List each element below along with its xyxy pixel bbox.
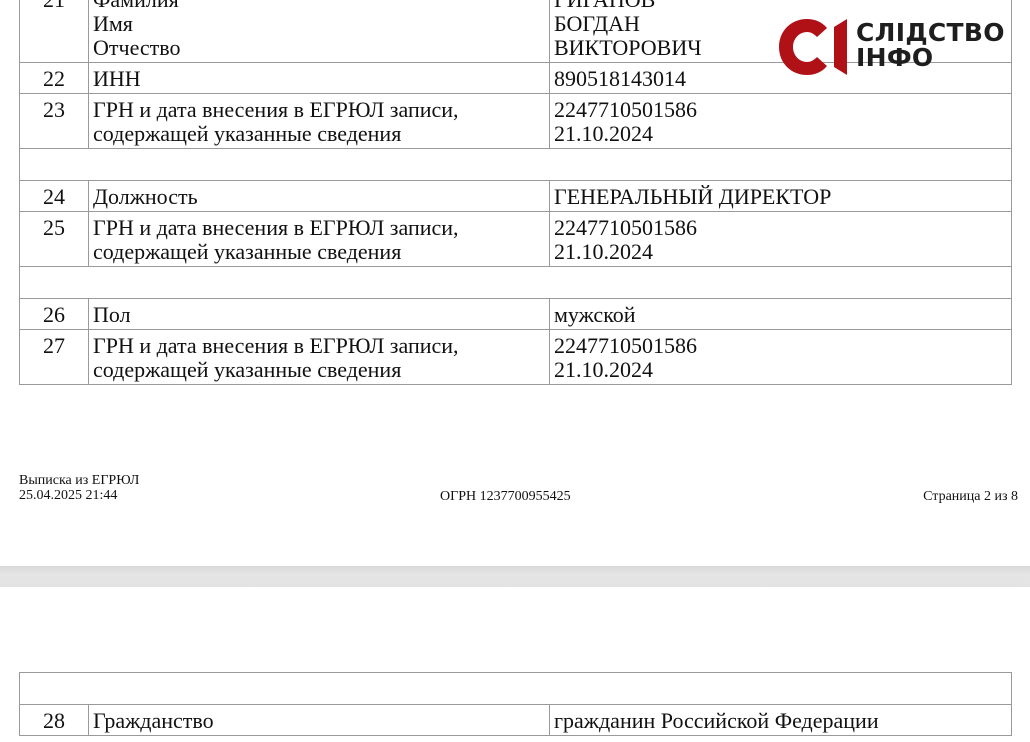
label-line: содержащей указанные сведения bbox=[93, 358, 545, 382]
label-line: содержащей указанные сведения bbox=[93, 240, 545, 264]
value-line: гражданин Российской Федерации bbox=[554, 709, 1007, 733]
value-line: 2247710501586 bbox=[554, 216, 1007, 240]
label-line: Имя bbox=[93, 12, 545, 36]
label-line: содержащей указанные сведения bbox=[93, 122, 545, 146]
page-separator bbox=[0, 566, 1030, 587]
row-number: 25 bbox=[20, 212, 89, 267]
label-line: Фамилия bbox=[93, 0, 545, 12]
table-row: 28Гражданствогражданин Российской Федера… bbox=[20, 705, 1012, 736]
table-row: 26Полмужской bbox=[20, 299, 1012, 330]
label-line: Отчество bbox=[93, 36, 545, 60]
row-number: 23 bbox=[20, 94, 89, 149]
sledstvo-info-watermark: СЛІДСТВО ІНФО bbox=[778, 18, 1008, 76]
row-value: мужской bbox=[550, 299, 1012, 330]
value-line: 21.10.2024 bbox=[554, 122, 1007, 146]
label-line: Гражданство bbox=[93, 709, 545, 733]
row-value: ГЕНЕРАЛЬНЫЙ ДИРЕКТОР bbox=[550, 181, 1012, 212]
pdf-page-3: 28Гражданствогражданин Российской Федера… bbox=[0, 587, 1030, 742]
watermark-line-2: ІНФО bbox=[856, 45, 1005, 70]
section-spacer-row bbox=[20, 267, 1012, 299]
spacer-cell bbox=[20, 149, 1012, 181]
footer-ogrn: ОГРН 1237700955425 bbox=[440, 489, 571, 504]
row-label: Гражданство bbox=[89, 705, 550, 736]
row-label: ФамилияИмяОтчество bbox=[89, 0, 550, 63]
row-value: гражданин Российской Федерации bbox=[550, 705, 1012, 736]
row-number: 24 bbox=[20, 181, 89, 212]
table-row: 23ГРН и дата внесения в ЕГРЮЛ записи,сод… bbox=[20, 94, 1012, 149]
spacer-cell bbox=[20, 673, 1012, 705]
table-row: 25ГРН и дата внесения в ЕГРЮЛ записи,сод… bbox=[20, 212, 1012, 267]
value-line: 2247710501586 bbox=[554, 98, 1007, 122]
row-label: ИНН bbox=[89, 63, 550, 94]
label-line: ГРН и дата внесения в ЕГРЮЛ записи, bbox=[93, 98, 545, 122]
value-line: ГЕНЕРАЛЬНЫЙ ДИРЕКТОР bbox=[554, 185, 1007, 209]
value-line: мужской bbox=[554, 303, 1007, 327]
page-footer-left: Выписка из ЕГРЮЛ 25.04.2025 21:44 bbox=[19, 473, 139, 503]
sledstvo-info-logo-icon bbox=[778, 18, 850, 76]
pdf-viewer: 21ФамилияИмяОтчествоГИГАНОВБОГДАНВИКТОРО… bbox=[0, 0, 1030, 742]
pdf-page-2: 21ФамилияИмяОтчествоГИГАНОВБОГДАНВИКТОРО… bbox=[0, 0, 1030, 566]
row-number: 28 bbox=[20, 705, 89, 736]
label-line: ГРН и дата внесения в ЕГРЮЛ записи, bbox=[93, 334, 545, 358]
table-row: 27ГРН и дата внесения в ЕГРЮЛ записи,сод… bbox=[20, 330, 1012, 385]
spacer-cell bbox=[20, 267, 1012, 299]
row-label: Должность bbox=[89, 181, 550, 212]
row-value: 224771050158621.10.2024 bbox=[550, 94, 1012, 149]
label-line: Пол bbox=[93, 303, 545, 327]
footer-timestamp: 25.04.2025 21:44 bbox=[19, 488, 139, 503]
value-line: 21.10.2024 bbox=[554, 240, 1007, 264]
footer-page-number: Страница 2 из 8 bbox=[923, 489, 1018, 504]
watermark-text: СЛІДСТВО ІНФО bbox=[856, 20, 1005, 70]
row-value: 224771050158621.10.2024 bbox=[550, 212, 1012, 267]
footer-doc-type: Выписка из ЕГРЮЛ bbox=[19, 473, 139, 488]
table-row: 24ДолжностьГЕНЕРАЛЬНЫЙ ДИРЕКТОР bbox=[20, 181, 1012, 212]
row-label: Пол bbox=[89, 299, 550, 330]
watermark-line-1: СЛІДСТВО bbox=[856, 20, 1005, 45]
row-label: ГРН и дата внесения в ЕГРЮЛ записи,содер… bbox=[89, 330, 550, 385]
row-number: 26 bbox=[20, 299, 89, 330]
value-line: 2247710501586 bbox=[554, 334, 1007, 358]
label-line: ИНН bbox=[93, 67, 545, 91]
section-spacer-row bbox=[20, 673, 1012, 705]
label-line: ГРН и дата внесения в ЕГРЮЛ записи, bbox=[93, 216, 545, 240]
value-line: 21.10.2024 bbox=[554, 358, 1007, 382]
row-value: 224771050158621.10.2024 bbox=[550, 330, 1012, 385]
row-label: ГРН и дата внесения в ЕГРЮЛ записи,содер… bbox=[89, 94, 550, 149]
egrul-table-page-3: 28Гражданствогражданин Российской Федера… bbox=[19, 672, 1012, 736]
section-spacer-row bbox=[20, 149, 1012, 181]
row-number: 22 bbox=[20, 63, 89, 94]
row-label: ГРН и дата внесения в ЕГРЮЛ записи,содер… bbox=[89, 212, 550, 267]
row-number: 27 bbox=[20, 330, 89, 385]
row-number: 21 bbox=[20, 0, 89, 63]
label-line: Должность bbox=[93, 185, 545, 209]
